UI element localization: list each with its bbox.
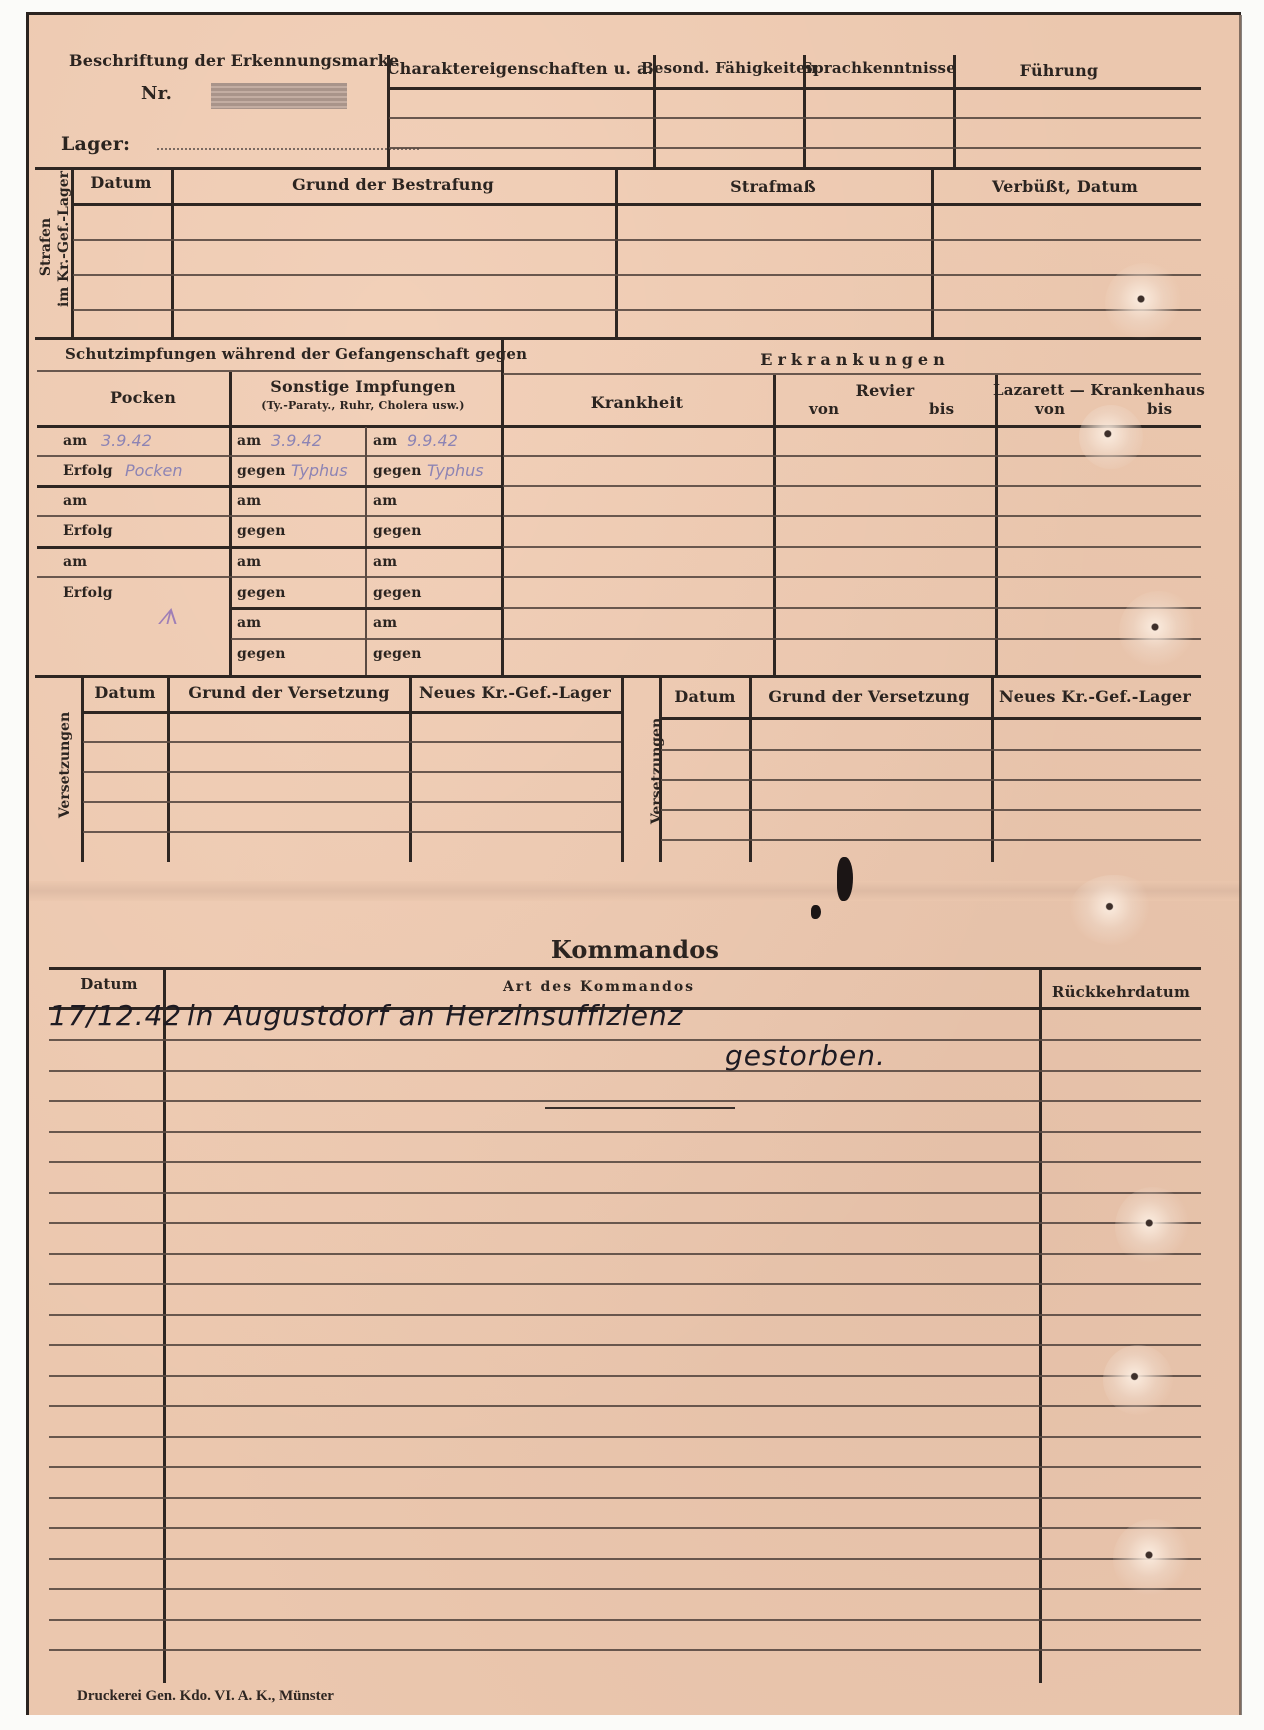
col-fuehrung: Führung bbox=[1020, 61, 1099, 80]
rule bbox=[49, 1070, 1201, 1072]
rule bbox=[49, 967, 1201, 970]
strafen-col-strafmass: Strafmaß bbox=[730, 177, 816, 196]
printer-imprint: Druckerei Gen. Kdo. VI. A. K., Münster bbox=[77, 1688, 334, 1705]
rule bbox=[1039, 969, 1042, 1683]
sonstige-am-label: am bbox=[237, 433, 261, 449]
kommandos-col-art: Art des Kommandos bbox=[503, 979, 695, 995]
pencil-mark: ᗑ bbox=[157, 605, 178, 630]
rule bbox=[81, 677, 84, 862]
pocken-erfolg-label: Erfolg bbox=[63, 463, 113, 479]
sonstige-sublabel: (Ty.-Paraty., Ruhr, Cholera usw.) bbox=[261, 399, 464, 412]
lazarett-bis: bis bbox=[1147, 400, 1172, 418]
erkrankungen-title: Erkrankungen bbox=[760, 350, 950, 369]
rule bbox=[621, 677, 624, 862]
rule bbox=[49, 1192, 1201, 1194]
rule bbox=[163, 969, 166, 1683]
rule bbox=[83, 771, 621, 773]
revier-bis: bis bbox=[929, 400, 954, 418]
kommando-datum-value[interactable]: 17/12.42 bbox=[49, 999, 182, 1032]
rule bbox=[773, 375, 776, 677]
revier-label: Revier bbox=[856, 381, 915, 400]
rule bbox=[49, 1588, 1201, 1590]
strafen-col-grund: Grund der Bestrafung bbox=[292, 175, 494, 194]
krankheit-label: Krankheit bbox=[591, 393, 684, 412]
rule bbox=[49, 1436, 1201, 1438]
sonstige-am-label: am bbox=[373, 493, 397, 509]
pocken-erfolg-value[interactable]: Pocken bbox=[125, 461, 182, 480]
rule bbox=[49, 1314, 1201, 1316]
punch-dent bbox=[1103, 1345, 1173, 1415]
vers-right-col-grund: Grund der Versetzung bbox=[768, 687, 969, 706]
rule bbox=[991, 677, 994, 862]
sonstige-gegen-label: gegen bbox=[237, 463, 286, 479]
rule bbox=[661, 809, 1201, 811]
punch-dent bbox=[1105, 263, 1185, 343]
col-sprachkenntnisse: Sprachkenntnisse bbox=[802, 59, 956, 77]
rule bbox=[49, 1100, 1201, 1102]
rule bbox=[749, 677, 752, 862]
sonstige-am-label: am bbox=[373, 433, 397, 449]
pocken-am-label: am bbox=[63, 433, 87, 449]
vers-right-col-lager: Neues Kr.-Gef.-Lager bbox=[999, 687, 1191, 706]
rule bbox=[49, 1131, 1201, 1133]
rule bbox=[365, 427, 367, 677]
kommandos-col-datum: Datum bbox=[80, 975, 137, 993]
sonstige-gegen-label: gegen bbox=[373, 523, 422, 539]
rule bbox=[37, 515, 501, 517]
rule bbox=[83, 831, 621, 833]
sonstige-am-label: am bbox=[373, 554, 397, 570]
kommando-art-value-line2[interactable]: gestorben. bbox=[725, 1039, 886, 1072]
rule bbox=[49, 1253, 1201, 1255]
sonstige-gegen-label: gegen bbox=[373, 585, 422, 601]
sonstige-am-value[interactable]: 9.9.42 bbox=[407, 431, 458, 450]
revier-von: von bbox=[809, 400, 839, 418]
vers-left-col-grund: Grund der Versetzung bbox=[188, 683, 389, 702]
sonstige-gegen-label: gegen bbox=[237, 585, 286, 601]
rule bbox=[503, 515, 1201, 517]
sonstige-am-label: am bbox=[237, 554, 261, 570]
rule bbox=[503, 607, 1201, 609]
rule bbox=[49, 1344, 1201, 1346]
rule bbox=[661, 839, 1201, 841]
rule bbox=[661, 779, 1201, 781]
strafen-col-datum: Datum bbox=[90, 173, 151, 192]
sonstige-am-label: am bbox=[373, 615, 397, 631]
rule bbox=[49, 1466, 1201, 1468]
paper-fold bbox=[29, 881, 1241, 901]
rule bbox=[37, 546, 501, 549]
sonstige-gegen-value[interactable]: Typhus bbox=[427, 461, 484, 480]
rule bbox=[37, 455, 501, 457]
rule bbox=[35, 337, 1201, 340]
punch-dent bbox=[1119, 591, 1199, 671]
lager-field[interactable] bbox=[157, 148, 419, 150]
ink-blot bbox=[811, 905, 821, 919]
pocken-label: Pocken bbox=[110, 388, 176, 407]
rule bbox=[37, 425, 501, 428]
pocken-erfolg-label: Erfolg bbox=[63, 585, 113, 601]
rule bbox=[37, 485, 501, 488]
rule bbox=[659, 677, 662, 862]
nr-redacted-field bbox=[211, 83, 347, 109]
sonstige-label: Sonstige Impfungen bbox=[270, 377, 456, 396]
rule bbox=[503, 485, 1201, 487]
rule bbox=[503, 546, 1201, 548]
rule bbox=[503, 638, 1201, 640]
rule bbox=[231, 638, 501, 640]
pocken-erfolg-label: Erfolg bbox=[63, 523, 113, 539]
rule bbox=[229, 372, 232, 677]
rule bbox=[409, 677, 412, 862]
sonstige-am-label: am bbox=[237, 493, 261, 509]
rule bbox=[83, 801, 621, 803]
rule bbox=[37, 576, 501, 578]
impfungen-title: Schutzimpfungen während der Gefangenscha… bbox=[65, 345, 527, 363]
rule bbox=[389, 147, 1201, 149]
lazarett-von: von bbox=[1035, 400, 1065, 418]
rule bbox=[73, 203, 1201, 206]
rule bbox=[49, 1497, 1201, 1499]
strafen-label: Strafen bbox=[37, 187, 55, 307]
lazarett-label: Lazarett — Krankenhaus bbox=[993, 381, 1205, 399]
vers-left-col-lager: Neues Kr.-Gef.-Lager bbox=[419, 683, 611, 702]
rule bbox=[231, 607, 501, 610]
rule bbox=[35, 675, 1201, 678]
rule bbox=[49, 1619, 1201, 1621]
col-faehigkeiten: Besond. Fähigkeiten bbox=[641, 59, 817, 77]
rule bbox=[503, 576, 1201, 578]
rule bbox=[49, 1649, 1201, 1651]
rule bbox=[501, 339, 504, 677]
rule bbox=[37, 370, 501, 372]
rule bbox=[83, 711, 621, 714]
rule bbox=[71, 169, 74, 337]
rule bbox=[49, 1161, 1201, 1163]
rule bbox=[167, 677, 170, 862]
rule bbox=[83, 741, 621, 743]
rule bbox=[73, 239, 1201, 241]
versetzungen-side-label-left: Versetzungen bbox=[57, 695, 73, 835]
vers-right-col-datum: Datum bbox=[674, 687, 735, 706]
rule bbox=[49, 1375, 1201, 1377]
pocken-am-label: am bbox=[63, 493, 87, 509]
handwritten-underline bbox=[545, 1107, 735, 1109]
pocken-am-value[interactable]: 3.9.42 bbox=[101, 431, 152, 450]
rule bbox=[931, 169, 934, 337]
pocken-am-label: am bbox=[63, 554, 87, 570]
col-charakter: Charaktereigenschaften u. a. bbox=[387, 59, 654, 78]
rule bbox=[661, 717, 1201, 720]
sonstige-gegen-label: gegen bbox=[373, 463, 422, 479]
rule bbox=[35, 167, 1201, 170]
rule bbox=[171, 169, 174, 337]
vers-left-col-datum: Datum bbox=[94, 683, 155, 702]
rule bbox=[389, 117, 1201, 119]
sonstige-gegen-label: gegen bbox=[237, 646, 286, 662]
personnel-card: Beschriftung der Erkennungsmarke Nr. Lag… bbox=[26, 12, 1241, 1715]
rule bbox=[49, 1222, 1201, 1224]
kommandos-col-rueckkehr: Rückkehrdatum bbox=[1052, 983, 1190, 1001]
punch-dent bbox=[1113, 1519, 1193, 1599]
punch-dent bbox=[1069, 875, 1159, 945]
kommando-art-value-line1[interactable]: in Augustdorf an Herzinsuffizienz bbox=[187, 999, 683, 1032]
punch-dent bbox=[1079, 405, 1143, 469]
lager-label: Lager: bbox=[61, 133, 130, 155]
rule bbox=[49, 1527, 1201, 1529]
sonstige-am-value[interactable]: 3.9.42 bbox=[271, 431, 322, 450]
rule bbox=[49, 1039, 1201, 1041]
nr-label: Nr. bbox=[141, 83, 172, 104]
strafen-side-label: Strafen im Kr.-Gef.-Lager bbox=[37, 187, 73, 307]
kommandos-title: Kommandos bbox=[551, 935, 719, 964]
erkennungsmarke-label: Beschriftung der Erkennungsmarke bbox=[69, 51, 399, 70]
strafen-col-verbuesst: Verbüßt, Datum bbox=[992, 177, 1138, 196]
rule bbox=[73, 309, 1201, 311]
rule bbox=[503, 373, 1201, 375]
rule bbox=[73, 274, 1201, 276]
sonstige-gegen-label: gegen bbox=[373, 646, 422, 662]
rule bbox=[49, 1283, 1201, 1285]
rule bbox=[615, 169, 618, 337]
punch-dent bbox=[1115, 1187, 1191, 1267]
rule bbox=[661, 749, 1201, 751]
versetzungen-side-label-right: Versetzungen bbox=[649, 701, 665, 841]
sonstige-gegen-value[interactable]: Typhus bbox=[291, 461, 348, 480]
rule bbox=[49, 1558, 1201, 1560]
rule bbox=[995, 375, 998, 677]
sonstige-gegen-label: gegen bbox=[237, 523, 286, 539]
rule bbox=[389, 87, 1201, 90]
sonstige-am-label: am bbox=[237, 615, 261, 631]
rule bbox=[49, 1405, 1201, 1407]
